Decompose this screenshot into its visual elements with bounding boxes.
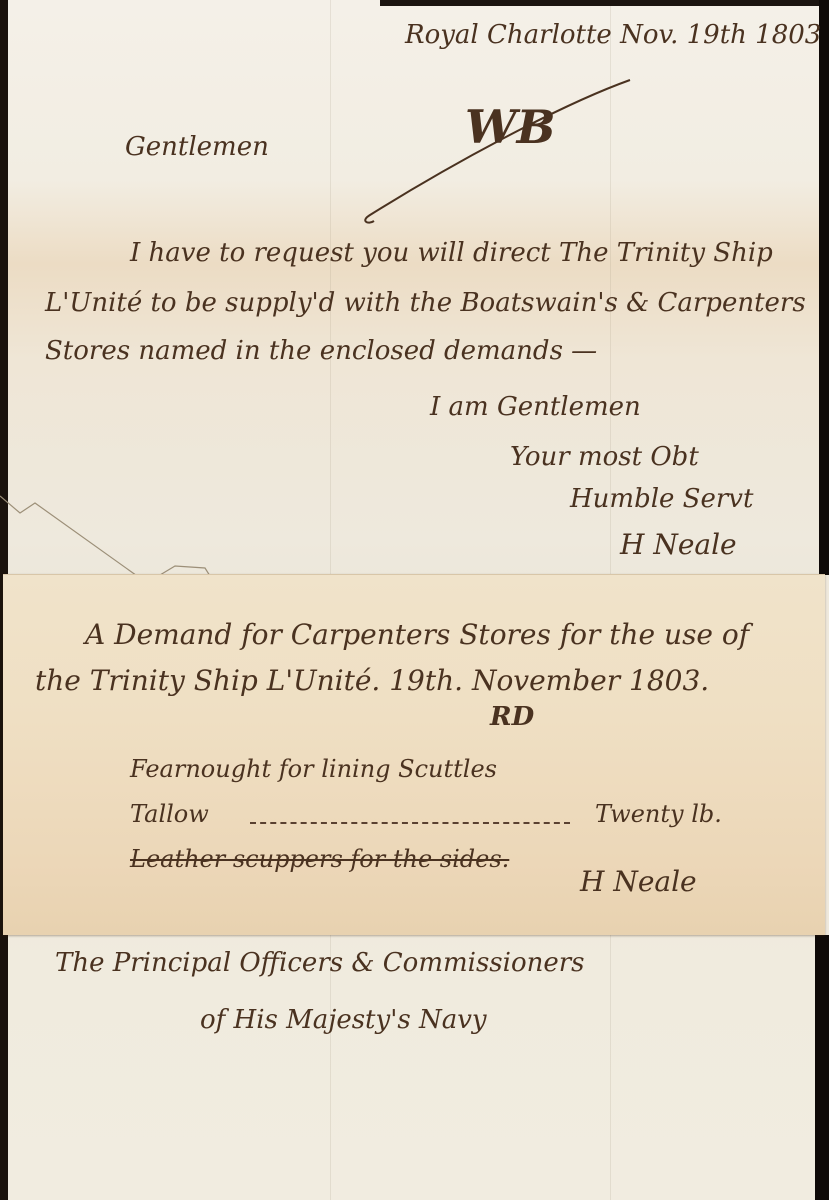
closing-line-2: Your most Obt (510, 442, 699, 472)
body-line-2: L'Unité to be supply'd with the Boatswai… (45, 288, 806, 318)
closing-line-1: I am Gentlemen (430, 392, 641, 422)
torn-paper-edge (0, 488, 420, 578)
closing-line-3: Humble Servt (570, 484, 753, 514)
demand-title-line-1: A Demand for Carpenters Stores for the u… (85, 618, 749, 651)
scan-edge-right (815, 935, 829, 1200)
salutation: Gentlemen (125, 132, 269, 162)
address-line-1: The Principal Officers & Commissioners (55, 948, 585, 978)
demand-signature: H Neale (580, 865, 697, 898)
scan-edge-top (380, 0, 829, 6)
flourish-stroke (360, 75, 640, 225)
dateline: Royal Charlotte Nov. 19th 1803 (405, 20, 821, 50)
demand-quantity-tallow: Twenty lb. (595, 800, 722, 828)
body-line-1: I have to request you will direct The Tr… (130, 238, 773, 268)
scan-edge-right (819, 0, 829, 575)
body-line-3: Stores named in the enclosed demands — (45, 336, 597, 366)
demand-item-fearnought: Fearnought for lining Scuttles (130, 755, 497, 783)
leader-dashes (250, 822, 570, 824)
demand-title-line-2: the Trinity Ship L'Unité. 19th. November… (35, 664, 709, 697)
demand-docket-mark: RD (490, 702, 534, 732)
demand-item-leather-scuppers-struck: Leather scuppers for the sides. (130, 845, 509, 873)
letter-signature: H Neale (620, 528, 737, 561)
address-line-2: of His Majesty's Navy (200, 1005, 487, 1035)
demand-item-tallow: Tallow (130, 800, 209, 828)
